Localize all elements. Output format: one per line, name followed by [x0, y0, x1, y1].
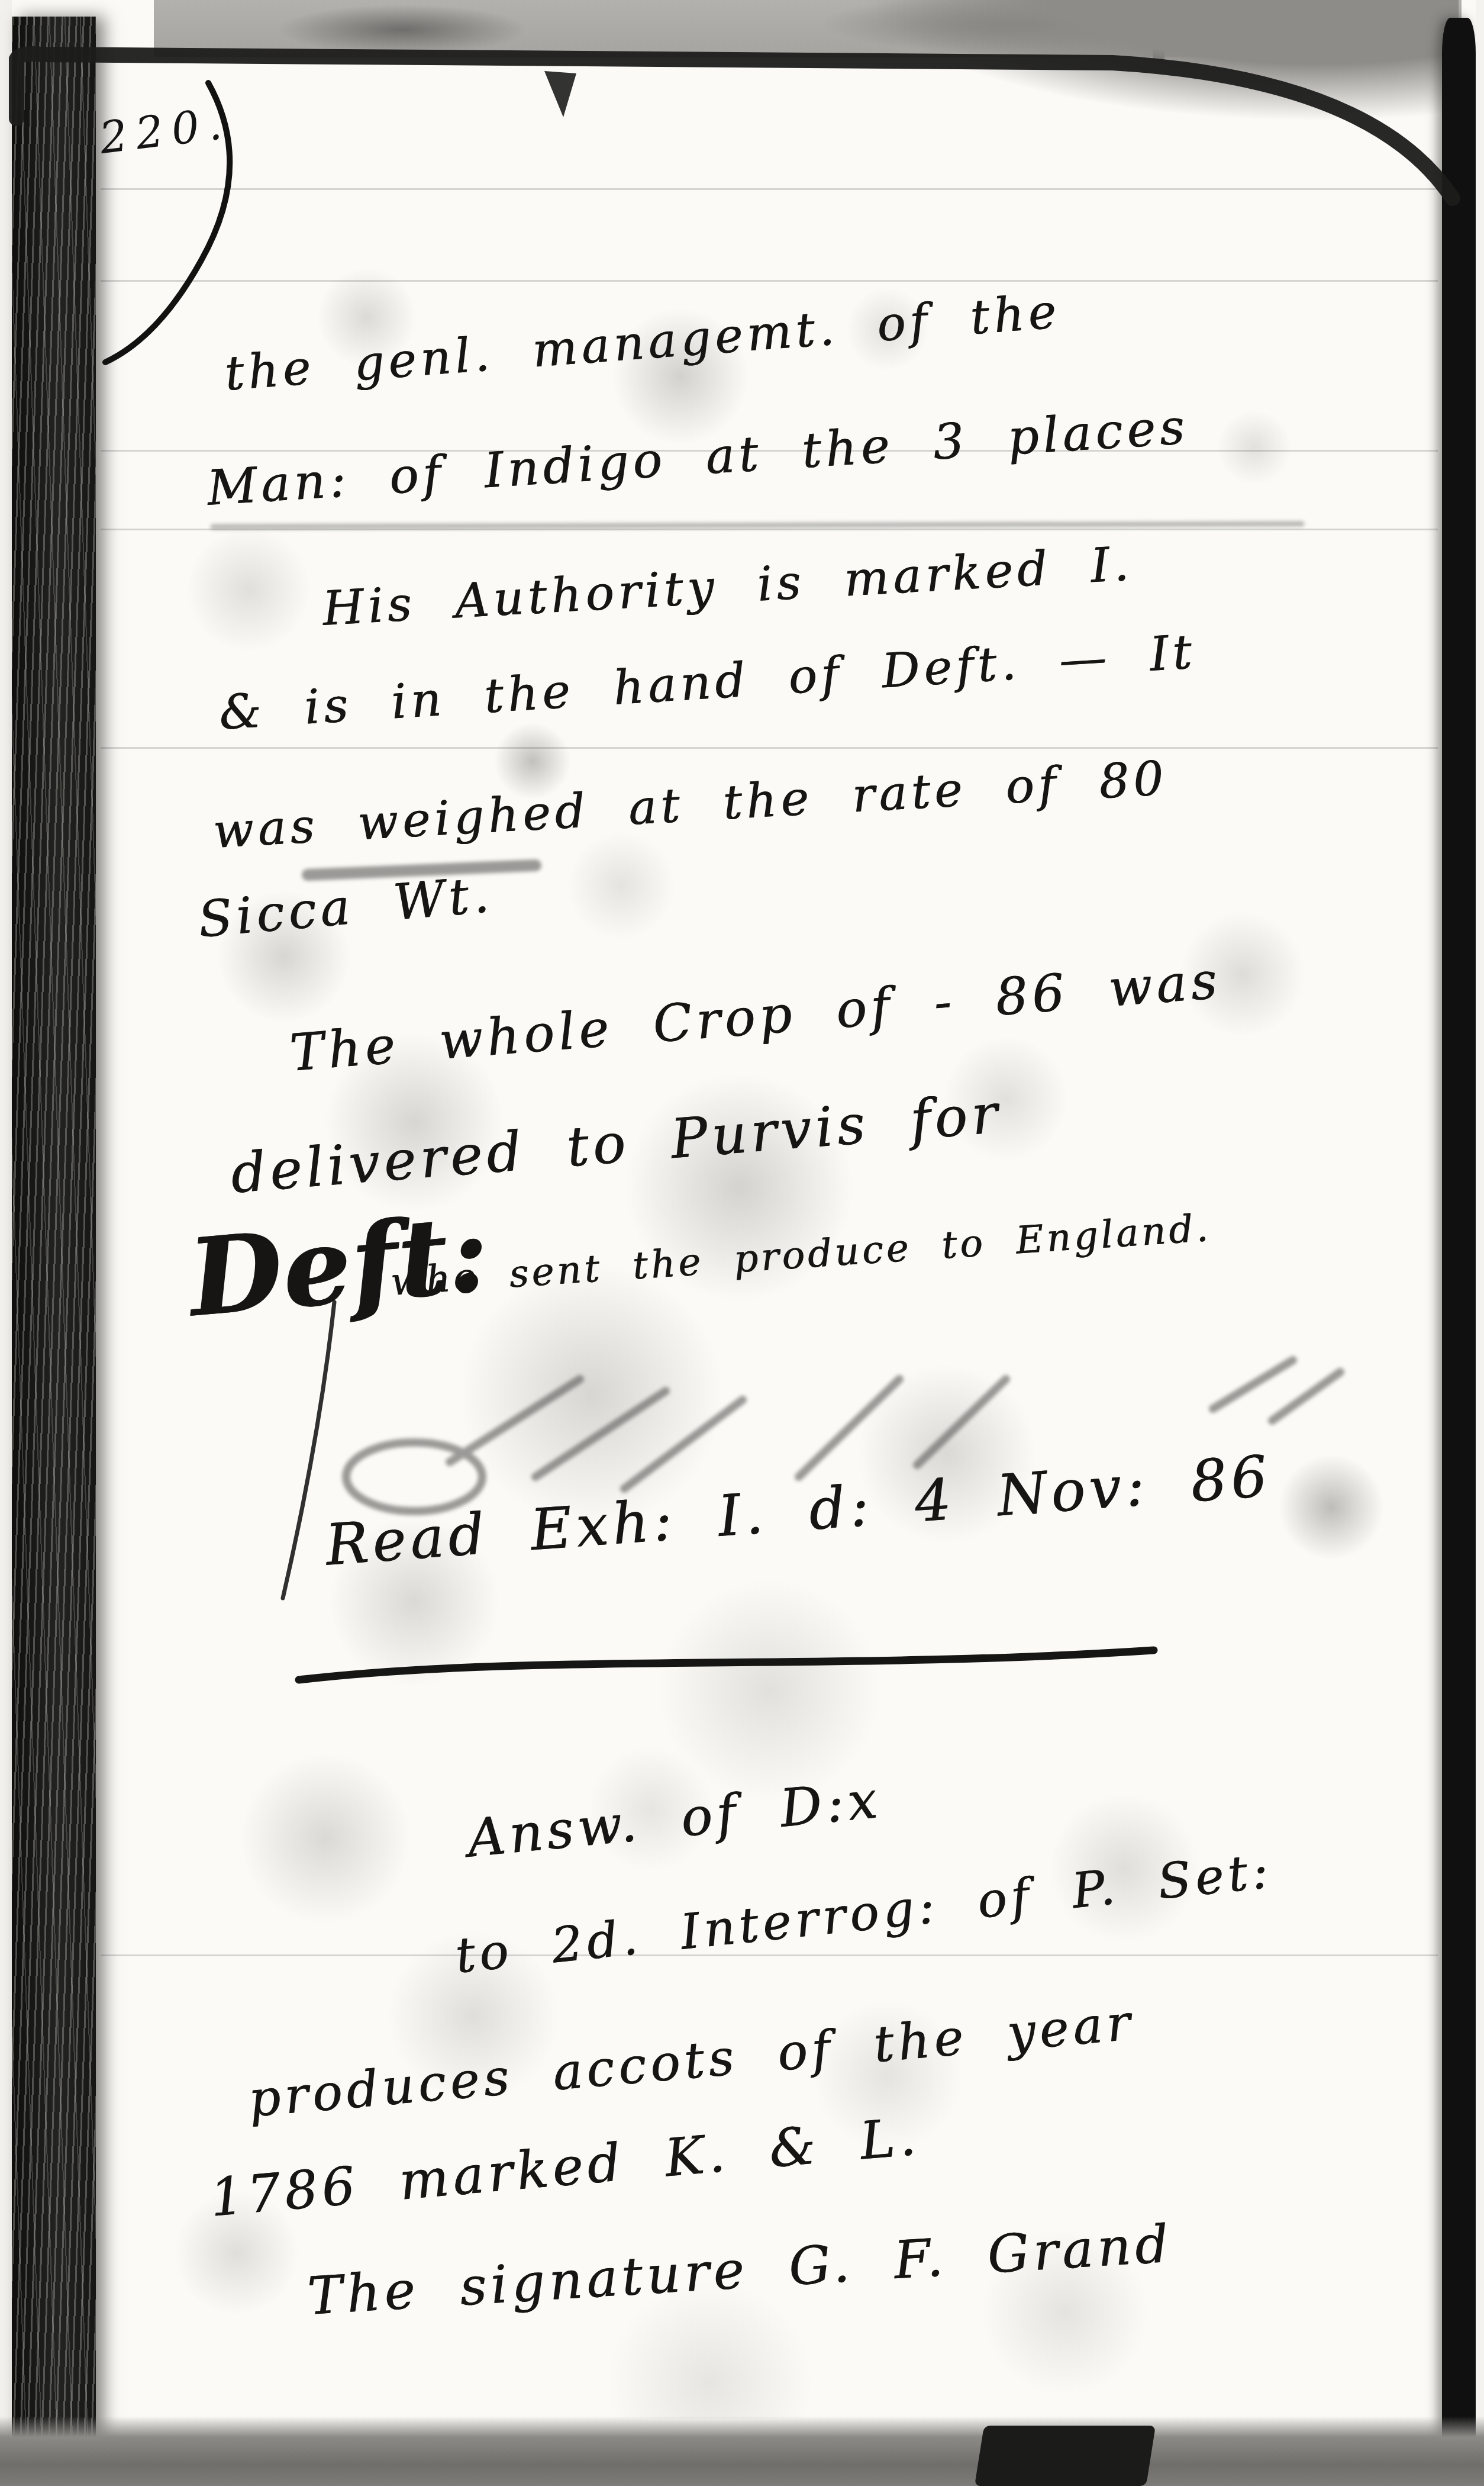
- manuscript-page-scan: 220. the genl. managemt. of the Man: of …: [0, 0, 1484, 2486]
- separator-rule: [0, 0, 1484, 2486]
